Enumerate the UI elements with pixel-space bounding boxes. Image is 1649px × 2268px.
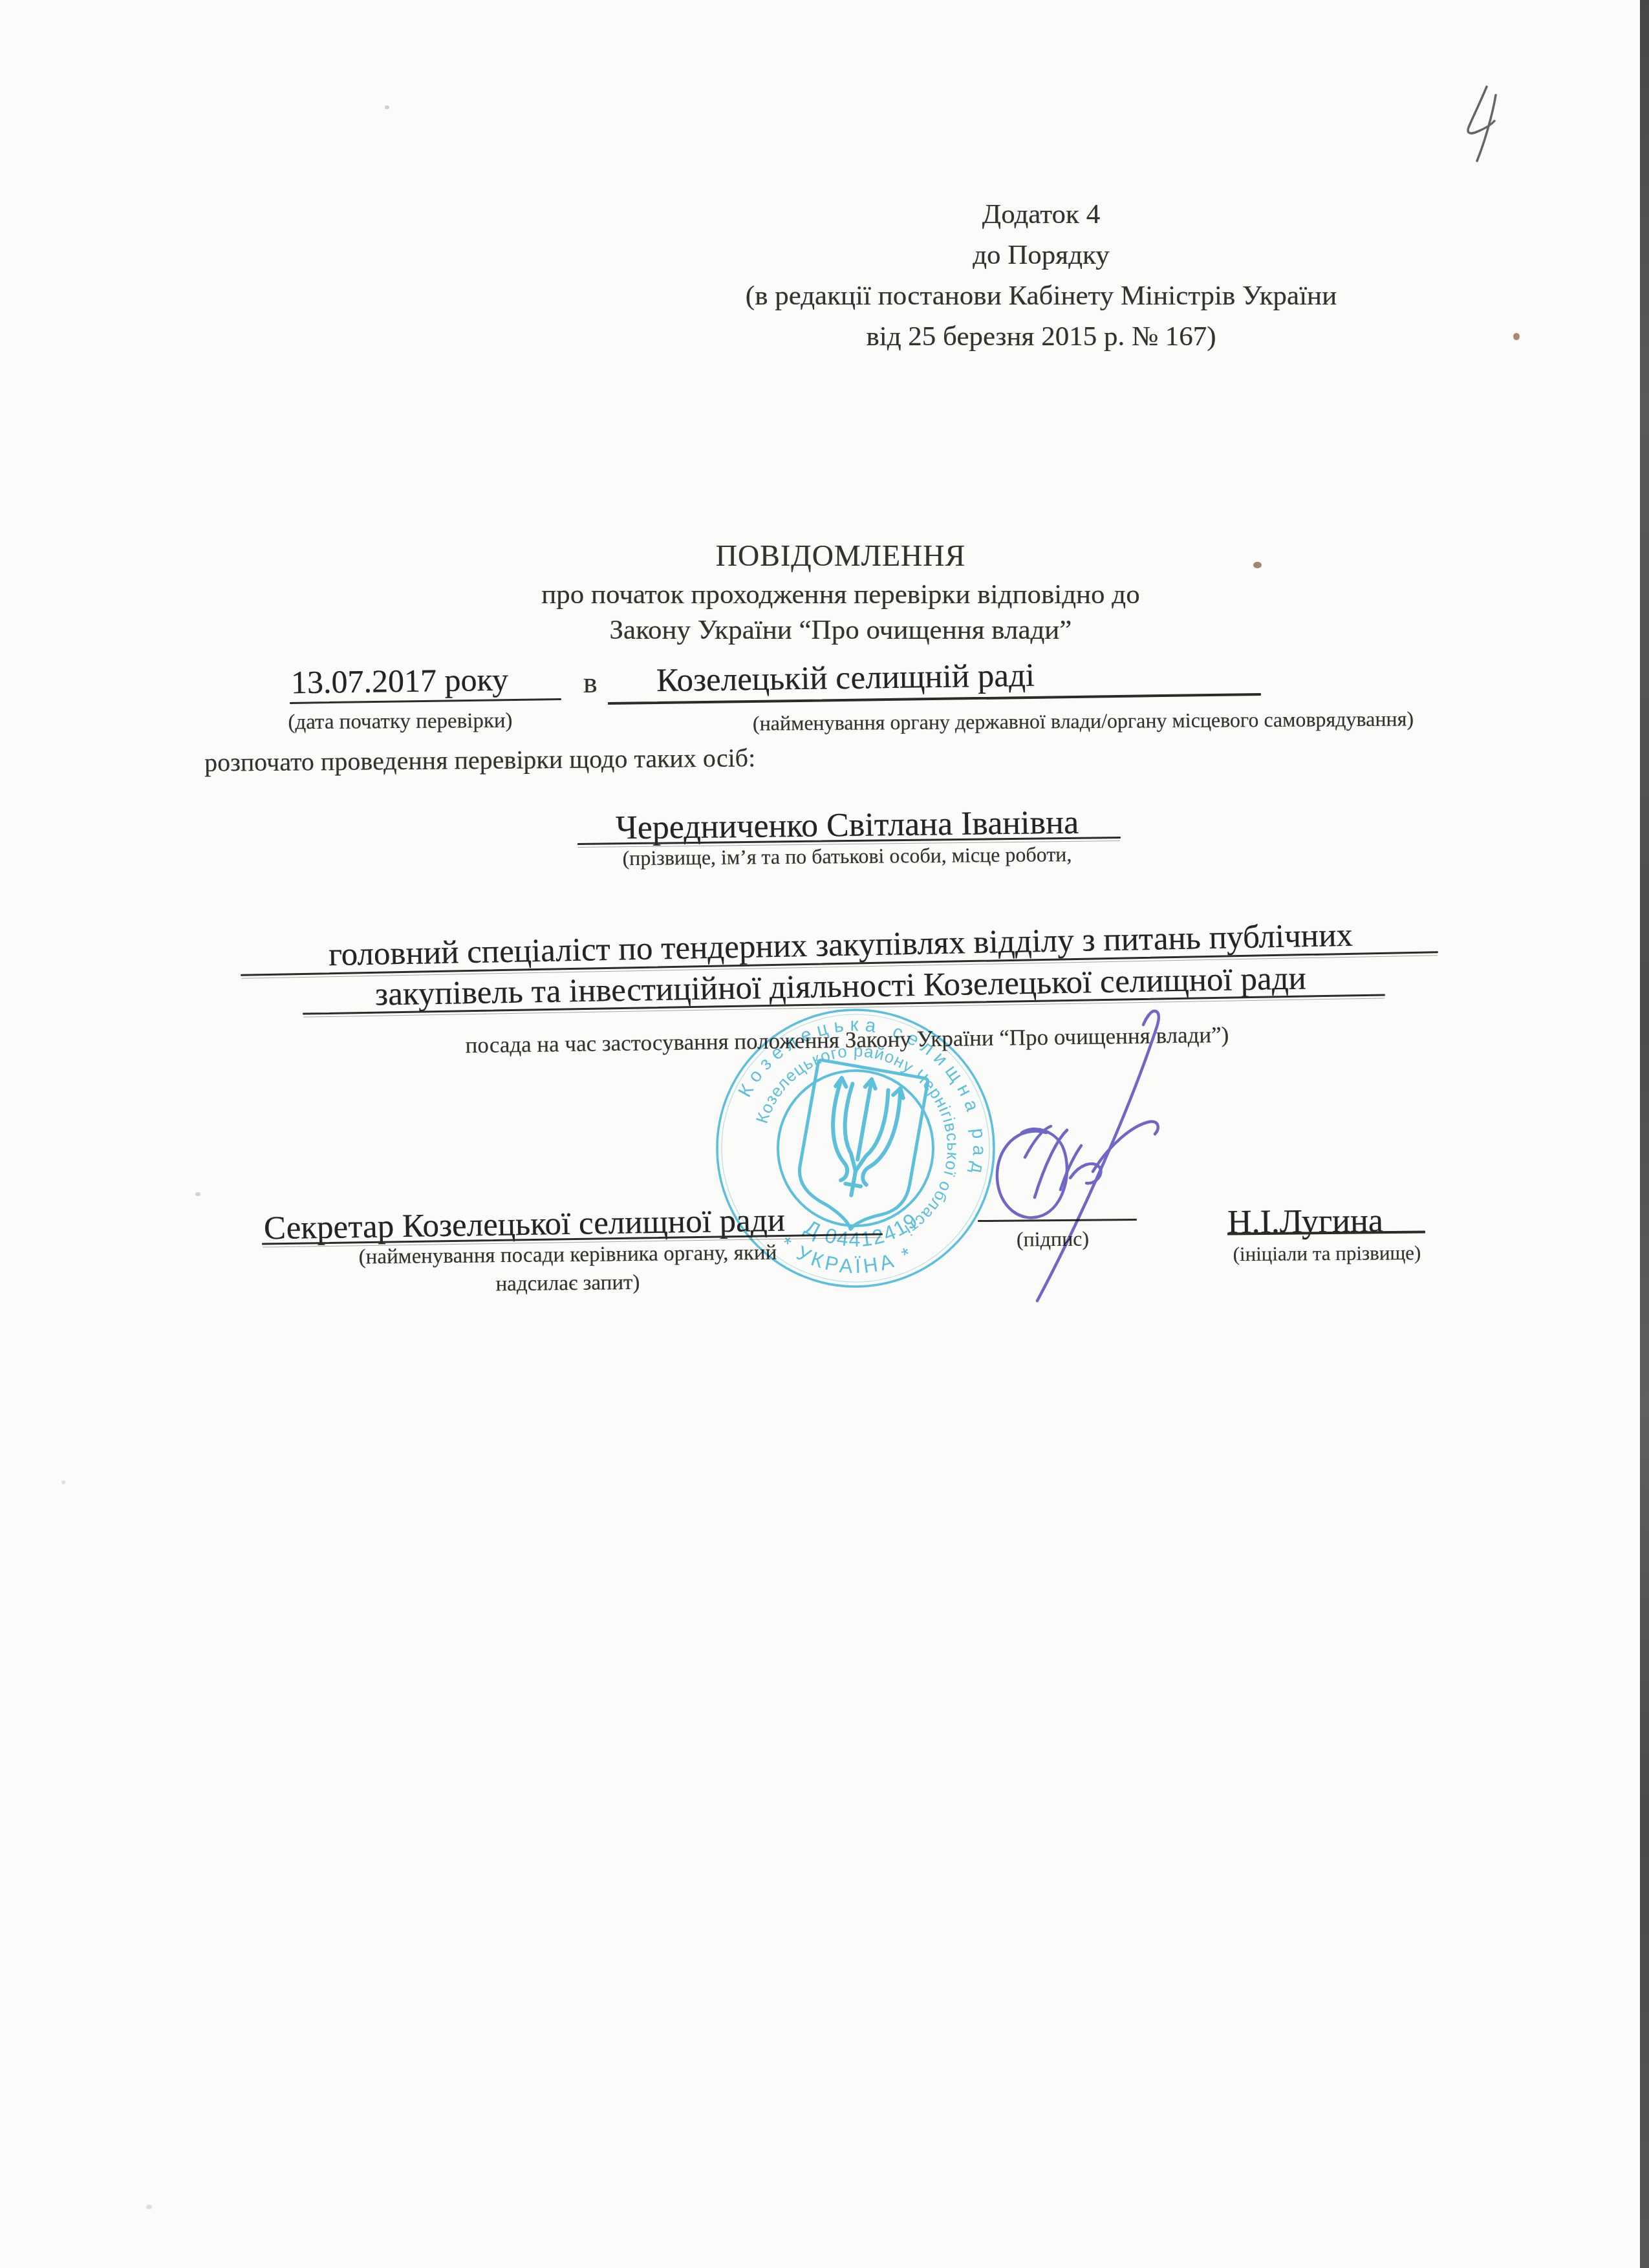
signature-caption: (підпис): [988, 1226, 1117, 1252]
scan-speck: [146, 2205, 152, 2209]
appendix-header-line: до Порядку: [718, 235, 1364, 275]
document-title-line2: про початок проходження перевірки відпов…: [356, 578, 1326, 612]
signer-title-caption-line1: (найменування посади керівника органу, я…: [277, 1239, 859, 1271]
appendix-header: Додаток 4 до Порядку (в редакції постано…: [718, 194, 1364, 357]
signer-name-caption: (ініціали та прізвище): [1211, 1241, 1443, 1267]
stamp-inner-ring: [778, 1071, 933, 1226]
signature-ink: [997, 1011, 1159, 1301]
scan-speck: [1253, 562, 1262, 568]
scan-edge: [1640, 0, 1649, 2268]
document-title-line3: Закону України “Про очищення влади”: [356, 614, 1326, 647]
intro-line: розпочато проведення перевірки щодо таки…: [204, 742, 756, 778]
appendix-header-line: (в редакції постанови Кабінету Міністрів…: [718, 275, 1364, 316]
appendix-header-line: Додаток 4: [718, 194, 1364, 235]
preposition-v: в: [583, 665, 598, 700]
document-title: ПОВІДОМЛЕННЯ: [356, 538, 1326, 573]
check-start-date-value: 13.07.2017 року: [291, 660, 509, 702]
signature-line: [978, 1219, 1137, 1222]
scan-speck: [195, 1192, 200, 1196]
signer-name-value: Н.І.Лугина: [1227, 1201, 1384, 1243]
handwritten-page-number: [1468, 87, 1496, 161]
signer-title-caption-line2: надсилає запит): [277, 1268, 859, 1300]
appendix-header-line: від 25 березня 2015 р. № 167): [718, 316, 1364, 357]
organ-caption: (найменування органу державної влади/орг…: [685, 706, 1481, 736]
scanned-document-page: Додаток 4 до Порядку (в редакції постано…: [0, 0, 1649, 2268]
date-caption: (дата початку перевірки): [261, 708, 539, 736]
scan-speck: [1513, 333, 1520, 340]
position-caption: посада на час застосування положення Зак…: [362, 1020, 1332, 1061]
scan-speck: [61, 1481, 65, 1484]
scan-speck: [385, 105, 389, 109]
trident-emblem: [791, 1060, 929, 1238]
organ-name-value: Козелецькій селищній раді: [656, 656, 1035, 701]
